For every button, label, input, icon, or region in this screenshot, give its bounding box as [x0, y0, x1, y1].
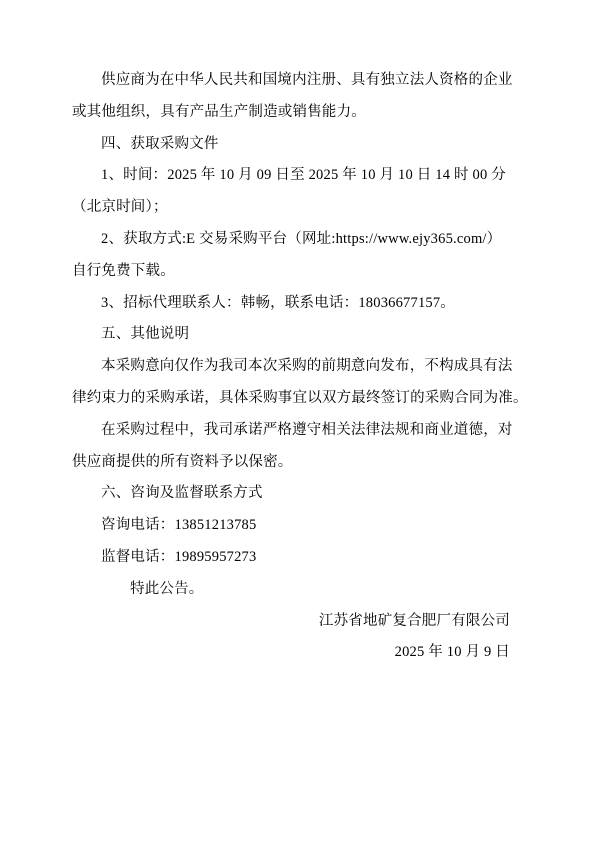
section-heading-6: 六、咨询及监督联系方式: [72, 478, 510, 510]
body-line: 自行免费下载。: [72, 256, 510, 288]
body-line: 1、时间：2025 年 10 月 09 日至 2025 年 10 月 10 日 …: [72, 160, 510, 192]
signature-date: 2025 年 10 月 9 日: [72, 637, 510, 669]
body-line: 供应商提供的所有资料予以保密。: [72, 447, 510, 479]
agency-contact-line: 3、招标代理联系人：韩畅，联系电话：18036677157。: [72, 288, 510, 320]
body-line: 在采购过程中，我司承诺严格遵守相关法律法规和商业道德，对: [72, 415, 510, 447]
section-heading-4: 四、获取采购文件: [72, 129, 510, 161]
body-line: 本采购意向仅作为我司本次采购的前期意向发布，不构成具有法: [72, 351, 510, 383]
consult-phone-line: 咨询电话：13851213785: [72, 510, 510, 542]
body-line: 或其他组织，具有产品生产制造或销售能力。: [72, 97, 510, 129]
body-line: （北京时间）；: [72, 192, 510, 224]
body-line: 2、获取方式:E 交易采购平台（网址:https://www.ejy365.co…: [72, 224, 510, 256]
closing-line: 特此公告。: [72, 574, 510, 606]
document-body: 供应商为在中华人民共和国境内注册、具有独立法人资格的企业 或其他组织，具有产品生…: [72, 65, 510, 669]
company-signature: 江苏省地矿复合肥厂有限公司: [72, 606, 510, 638]
document-page: 供应商为在中华人民共和国境内注册、具有独立法人资格的企业 或其他组织，具有产品生…: [0, 0, 595, 841]
supervise-phone-line: 监督电话：19895957273: [72, 542, 510, 574]
body-line: 供应商为在中华人民共和国境内注册、具有独立法人资格的企业: [72, 65, 510, 97]
body-line: 律约束力的采购承诺，具体采购事宜以双方最终签订的采购合同为准。: [72, 383, 510, 415]
section-heading-5: 五、其他说明: [72, 319, 510, 351]
